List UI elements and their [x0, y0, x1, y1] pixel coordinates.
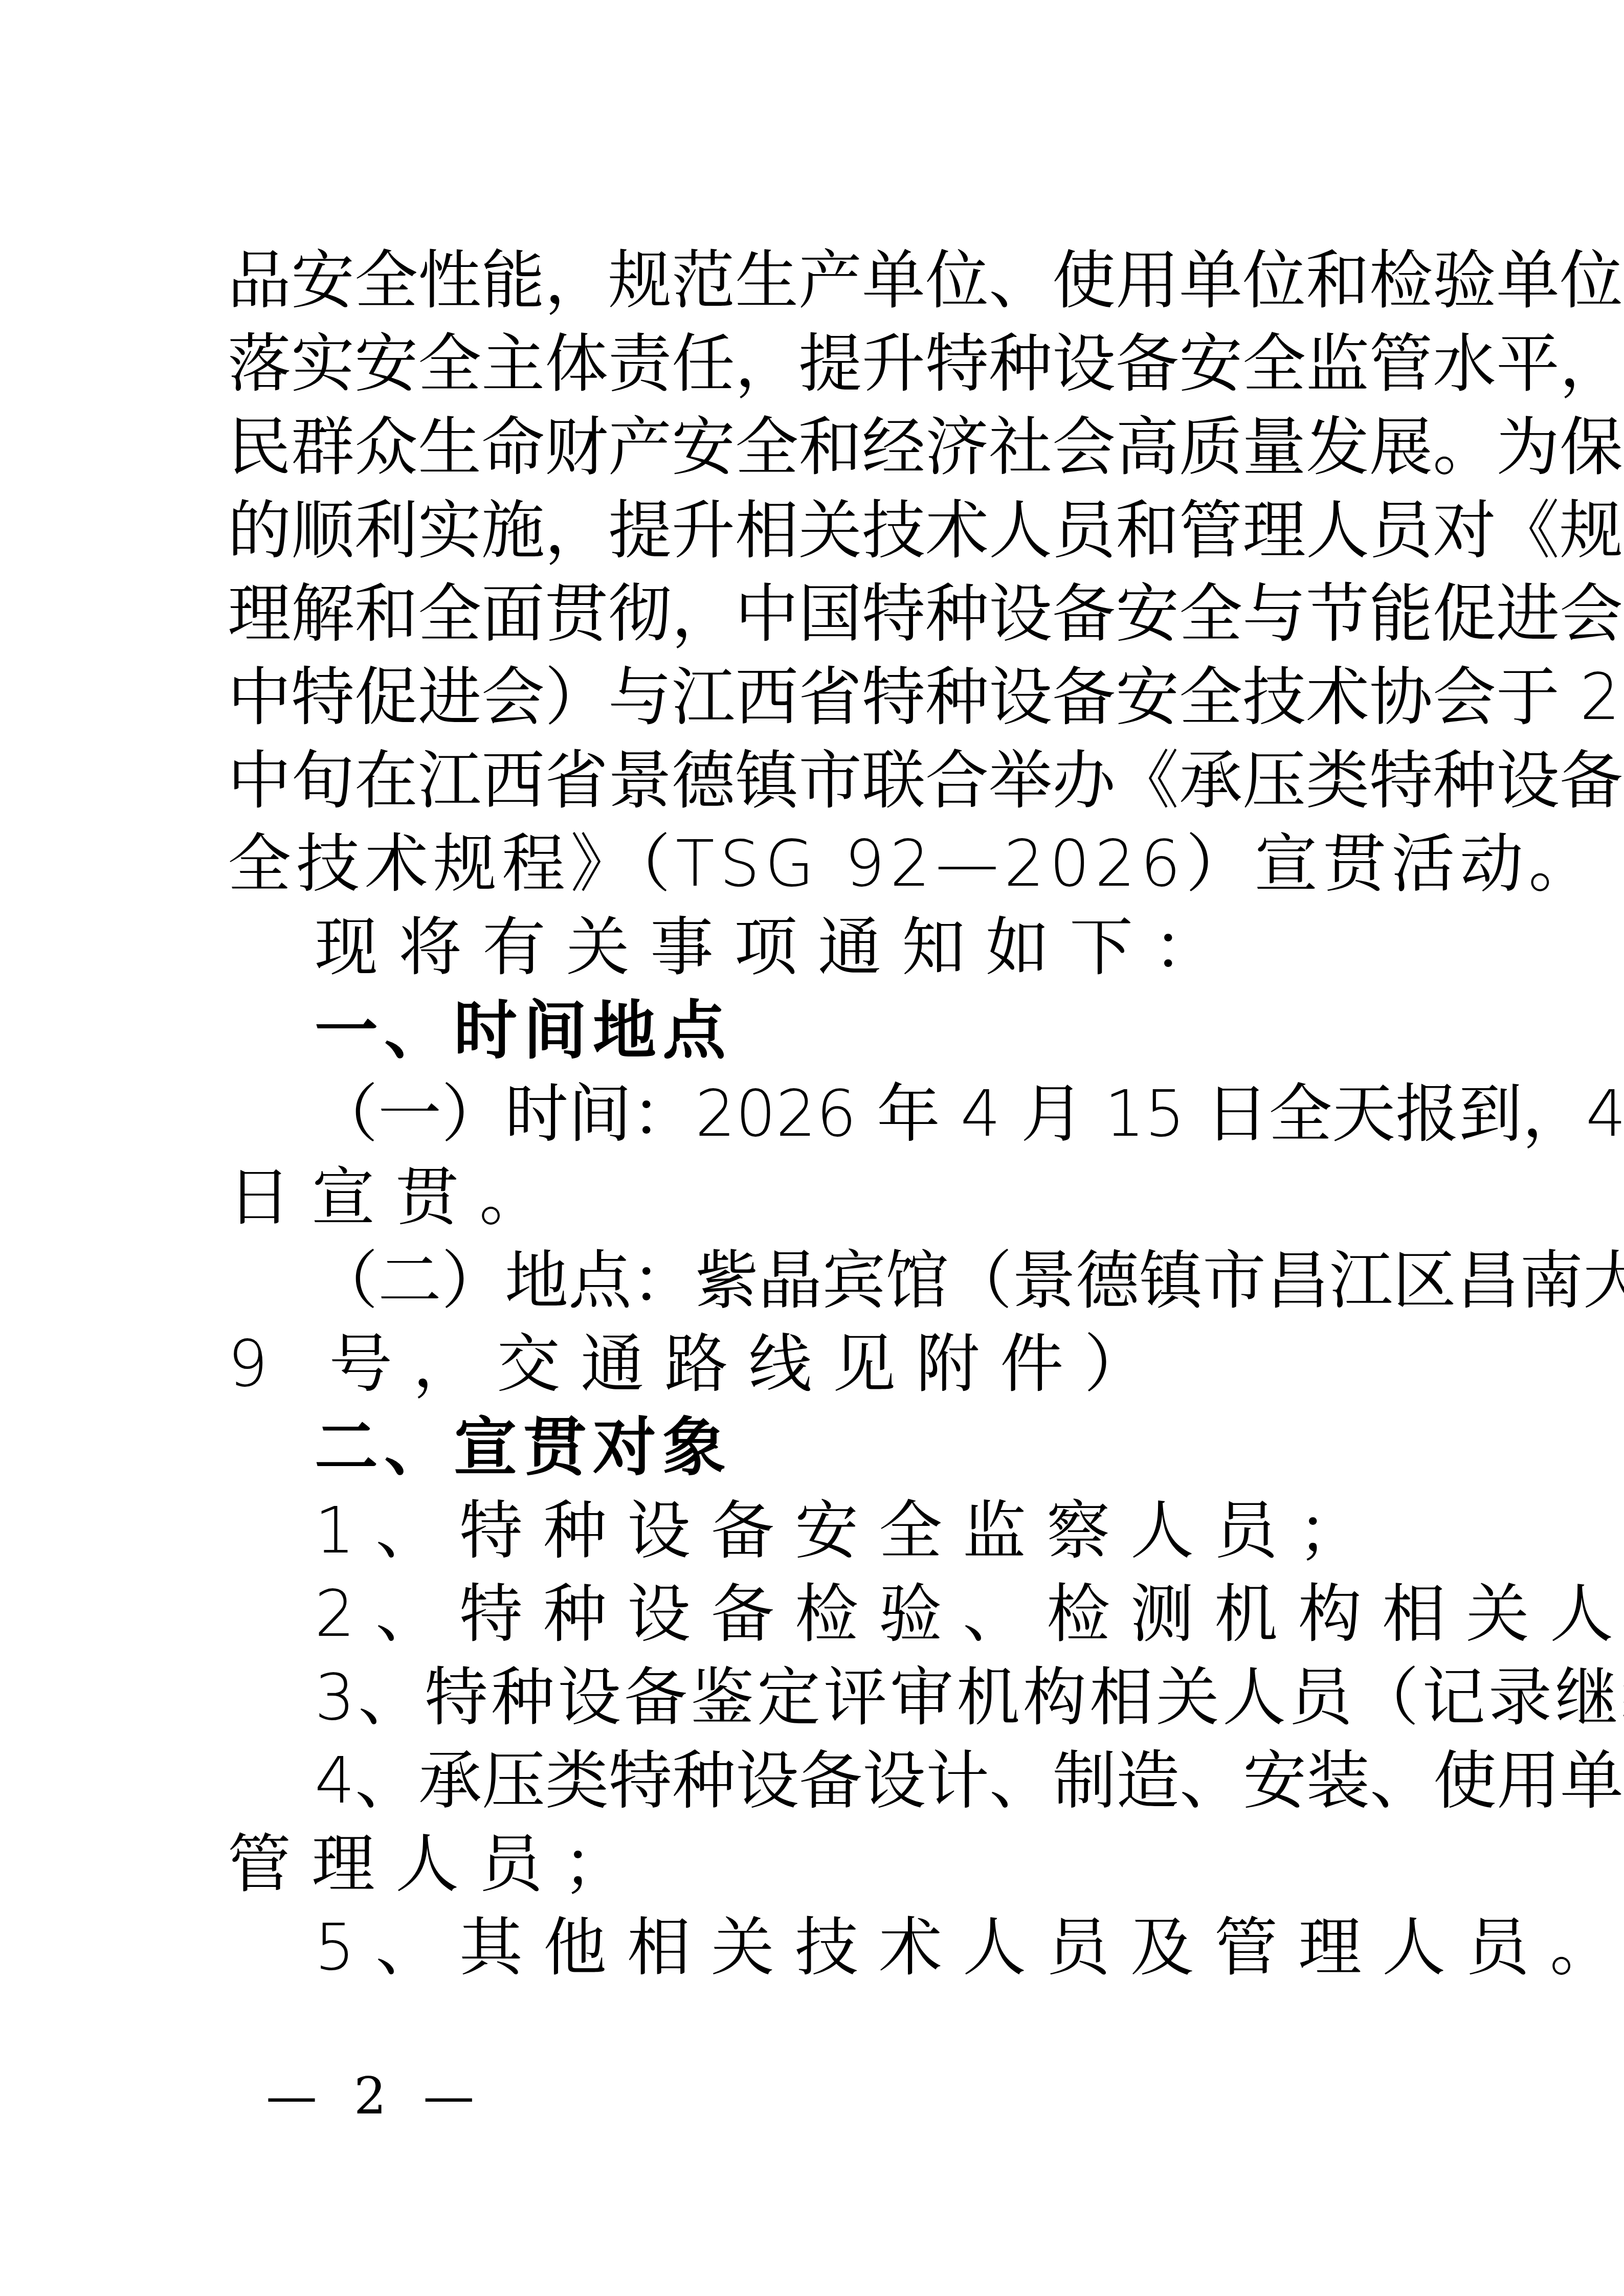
audience-item: 1、特种设备安全监察人员； — [228, 1490, 1404, 1573]
body-line: 的顺利实施，提升相关技术人员和管理人员对《规程》的准确 — [228, 489, 1404, 573]
page-number: — 2 — — [266, 2066, 484, 2126]
place-line-continued: 9 号，交通路线见附件） — [228, 1323, 1404, 1406]
body-line: 中特促进会）与江西省特种设备安全技术协会于 2026 年 4 月 — [228, 656, 1404, 739]
body-line: 品安全性能，规范生产单位、使用单位和检验单位行为，有效 — [228, 239, 1404, 323]
notice-intro: 现将有关事项通知如下： — [228, 906, 1404, 989]
time-line: （一）时间：2026 年 4 月 15 日全天报到，4 月 16 日-17 — [228, 1073, 1404, 1156]
audience-item: 5、其他相关技术人员及管理人员。 — [228, 1906, 1404, 1990]
body-line: 落实安全主体责任，提升特种设备安全监管水平，有力保障人 — [228, 323, 1404, 406]
audience-item: 3、特种设备鉴定评审机构相关人员（记录继续教育 16 学时）； — [228, 1656, 1404, 1740]
place-line: （二）地点：紫晶宾馆（景德镇市昌江区昌南大道紫晶路 — [228, 1240, 1404, 1323]
body-line: 全技术规程》（TSG 92—2026）宣贯活动。 — [228, 823, 1404, 906]
time-line-continued: 日宣贯。 — [228, 1156, 1404, 1240]
section-heading-time-place: 一、时间地点 — [228, 989, 1404, 1073]
audience-item: 2、特种设备检验、检测机构相关人员； — [228, 1573, 1404, 1656]
body-line: 理解和全面贯彻，中国特种设备安全与节能促进会（以下简称 — [228, 573, 1404, 656]
audience-item: 4、承压类特种设备设计、制造、安装、使用单位的技术及 — [228, 1740, 1404, 1823]
body-line: 中旬在江西省景德镇市联合举办《承压类特种设备安全附件安 — [228, 739, 1404, 823]
body-line: 民群众生命财产安全和经济社会高质量发展。为保证《规程》 — [228, 406, 1404, 489]
document-page: 品安全性能，规范生产单位、使用单位和检验单位行为，有效 落实安全主体责任，提升特… — [228, 239, 1404, 1990]
audience-item-continued: 管理人员； — [228, 1823, 1404, 1906]
section-heading-audience: 二、宣贯对象 — [228, 1406, 1404, 1490]
